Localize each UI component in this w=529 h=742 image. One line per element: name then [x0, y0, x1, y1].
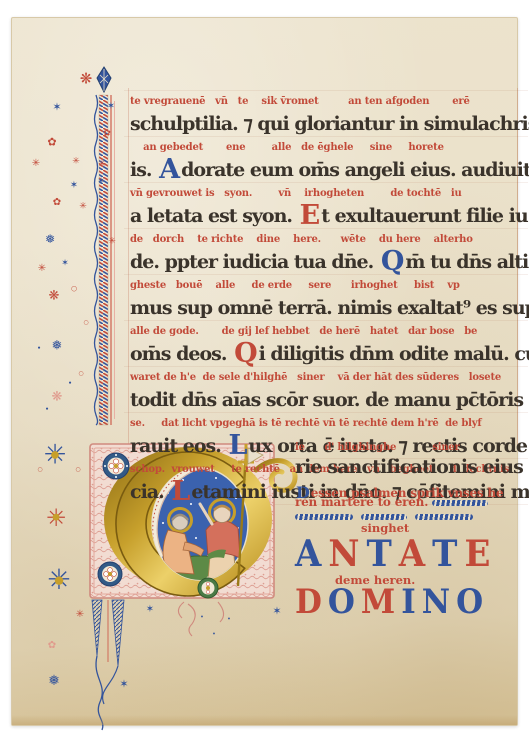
- star8-icon: ✳: [72, 158, 80, 167]
- gold-center-icon: ●: [52, 513, 60, 522]
- display-letter: O: [328, 586, 355, 619]
- text-run: alle de gode. de gij lef hebbet de herē …: [130, 326, 477, 337]
- display-letter: A: [399, 536, 425, 574]
- interlinear-gloss-line: de dorch te richte dine here. wēte du he…: [130, 234, 528, 247]
- dot-icon: •: [45, 407, 49, 413]
- interlinear-gloss-line: ie d' hilghinghe siner: [295, 442, 529, 455]
- star6-icon: ✶: [146, 605, 154, 615]
- parchment-page: te vregrauenē vn̄ te sik v̄romet an ten …: [11, 17, 518, 726]
- text-run: ren martere to eren.: [295, 495, 432, 509]
- snowflake-icon: ❅: [45, 233, 55, 245]
- text-run: te vregrauenē vn̄ te sik v̄romet an ten …: [130, 96, 470, 107]
- text-run: om̄s deos.: [130, 343, 232, 365]
- display-letter: D: [295, 586, 322, 619]
- ring-icon: ○: [37, 467, 42, 473]
- star6-icon: ✶: [61, 260, 69, 269]
- lombardic-initial: L: [226, 430, 248, 461]
- flower-icon: ✿: [103, 130, 111, 139]
- star8-icon: ✳: [38, 264, 46, 274]
- star6-icon: ✶: [97, 178, 105, 187]
- text-run: mus sup omnē terrā. nimis exaltat⁹ es su…: [130, 297, 529, 319]
- latin-text-line: de. ppter iudicia tua dn̄e. Qm̄ tu dn̄s …: [130, 247, 528, 280]
- latin-text-line: a letata est syon. Et exultauerunt filie…: [130, 201, 528, 234]
- interlinear-gloss-line: te vregrauenē vn̄ te sik v̄romet an ten …: [130, 96, 528, 109]
- lombardic-initial: D: [295, 483, 311, 502]
- interlinear-gloss-line: gheste bouē alle de erde sere irhoghet b…: [130, 280, 528, 293]
- left-border-flourish-bar: [91, 65, 117, 430]
- display-word-domino: DOMINO: [295, 587, 529, 621]
- latin-text-line: om̄s deos. Qi diligitis dn̄m odite malū.…: [130, 339, 528, 372]
- dot-icon: •: [227, 618, 230, 623]
- display-letter: E: [464, 536, 490, 574]
- burst-icon: ❋: [52, 391, 63, 404]
- snowflake-icon: ❅: [52, 340, 63, 353]
- line-filler-icon: [361, 514, 407, 520]
- gold-center-icon: ●: [54, 574, 64, 585]
- display-letter: T: [366, 536, 391, 574]
- star6-icon: ✶: [52, 102, 61, 113]
- text-run: de dorch te richte dine here. wēte du he…: [130, 234, 473, 245]
- ring-icon: ○: [71, 286, 77, 293]
- line-filler-row: [295, 510, 529, 522]
- text-run: waret de h'e de sele d'hilghē siner vā d…: [130, 372, 501, 383]
- rubric-line: Dessen psalmen sprik vnses he: [295, 482, 529, 496]
- display-letter: T: [432, 536, 457, 574]
- text-run: m̄ tu dn̄s altissi: [405, 251, 529, 273]
- text-run: ie d' hilghinghe siner: [295, 442, 460, 453]
- text-run: todit dn̄s aīas scōr suor. de manu pc̄tō…: [130, 389, 529, 411]
- display-letter: A: [295, 536, 321, 574]
- star8-icon: ✳: [98, 161, 106, 170]
- star8-icon: ✳: [108, 238, 116, 247]
- text-run: gheste bouē alle de erde sere irhoghet b…: [130, 280, 460, 291]
- text-run: vn̄ gevrouwet is syon. vn̄ irhogheten de…: [130, 188, 462, 199]
- flower-icon: ✿: [48, 641, 56, 651]
- interlinear-gloss-line: an gebedet ene alle de ēghele sine horet…: [130, 142, 528, 155]
- star8-icon: ✳: [76, 610, 84, 620]
- snowflake-icon: ❅: [48, 674, 60, 688]
- rosette-star8-icon: ✳●: [47, 566, 70, 594]
- right-column: ie d' hilghinghe sinerrie sanctification…: [295, 442, 529, 621]
- interlinear-gloss-line: waret de h'e de sele d'hilghē siner vā d…: [130, 372, 528, 385]
- star6-icon: ✶: [107, 102, 115, 112]
- lombardic-initial: A: [157, 154, 181, 185]
- text-run: rie sanctificationis eius: [295, 456, 523, 478]
- lombardic-initial: E: [298, 200, 322, 231]
- pendant-flourishes: [92, 600, 224, 730]
- line-filler-icon: [415, 514, 473, 520]
- star6-icon: ✶: [272, 606, 281, 617]
- display-letter: N: [422, 586, 450, 619]
- text-run: t exultauerunt filie iu: [321, 205, 527, 227]
- display-letter: I: [401, 586, 416, 619]
- lombardic-initial: Q: [232, 338, 259, 369]
- text-run: a letata est syon.: [130, 205, 298, 227]
- rosette-star8-icon: ✳●: [44, 442, 67, 469]
- text-run: is.: [130, 159, 157, 181]
- dot-icon: •: [200, 616, 203, 621]
- star6-icon: ✶: [70, 181, 78, 191]
- rosette-star8-icon: ✳●: [46, 506, 66, 530]
- rosette-medallion: [198, 578, 218, 598]
- text-run: rauit eos.: [130, 435, 226, 457]
- text-run: se. dat licht vpgeghā is tē rechtē vn̄ t…: [130, 418, 481, 429]
- latin-text-line: mus sup omnē terrā. nimis exaltat⁹ es su…: [130, 293, 528, 326]
- display-word-antate: ANTATE: [295, 537, 529, 574]
- display-letter: N: [328, 536, 359, 574]
- dot-icon: •: [212, 633, 215, 638]
- latin-text-line: is. Adorate eum om̄s angeli eius. audiui…: [130, 155, 528, 188]
- gold-center-icon: ●: [51, 450, 60, 460]
- rubric-line: ren martere to eren.: [295, 496, 529, 510]
- interlinear-gloss-line: vn̄ gevrouwet is syon. vn̄ irhogheten de…: [130, 188, 528, 201]
- ring-icon: ○: [83, 320, 88, 326]
- text-run: an gebedet ene alle de ēghele sine horet…: [130, 142, 444, 153]
- text-run: i diligitis dn̄m odite malū. cus: [259, 343, 529, 365]
- star8-icon: ✳: [32, 159, 40, 169]
- burst-icon: ❋: [80, 72, 93, 87]
- text-run: dorate eum om̄s angeli eius. audiuit: [181, 159, 529, 181]
- lombardic-initial: Q: [379, 246, 406, 277]
- star6-icon: ✶: [119, 679, 128, 690]
- dot-icon: •: [37, 346, 41, 352]
- line-filler-icon: [432, 500, 488, 506]
- flower-icon: ✿: [47, 137, 56, 148]
- lombardic-initial: L: [169, 476, 191, 507]
- dot-icon: •: [68, 381, 72, 387]
- star8-icon: ✳: [79, 203, 87, 212]
- latin-text-line: rie sanctificationis eius: [295, 455, 529, 482]
- latin-text-line: schulptilia. ⁊ qui gloriantur in simulac…: [130, 109, 528, 142]
- text-run: cia.: [130, 481, 169, 503]
- flower-icon: ✿: [53, 198, 61, 208]
- text-run: de. ppter iudicia tua dn̄e.: [130, 251, 379, 273]
- interlinear-gloss-line: se. dat licht vpgeghā is tē rechtē vn̄ t…: [130, 418, 528, 431]
- text-run: schulptilia. ⁊ qui gloriantur in simulac…: [130, 113, 529, 135]
- ring-icon: ○: [78, 371, 83, 377]
- burst-icon: ❋: [49, 290, 60, 303]
- display-letter: O: [456, 586, 483, 619]
- interlinear-gloss-line: alle de gode. de gij lef hebbet de herē …: [130, 326, 528, 339]
- manuscript-photo: te vregrauenē vn̄ te sik v̄romet an ten …: [0, 0, 529, 742]
- line-filler-icon: [295, 514, 353, 520]
- latin-text-line: todit dn̄s aīas scōr suor. de manu pc̄tō…: [130, 385, 528, 418]
- rosette-medallion: [103, 453, 129, 479]
- rosette-medallion: [98, 562, 122, 586]
- display-letter: M: [361, 586, 395, 619]
- ring-icon: ○: [75, 467, 80, 473]
